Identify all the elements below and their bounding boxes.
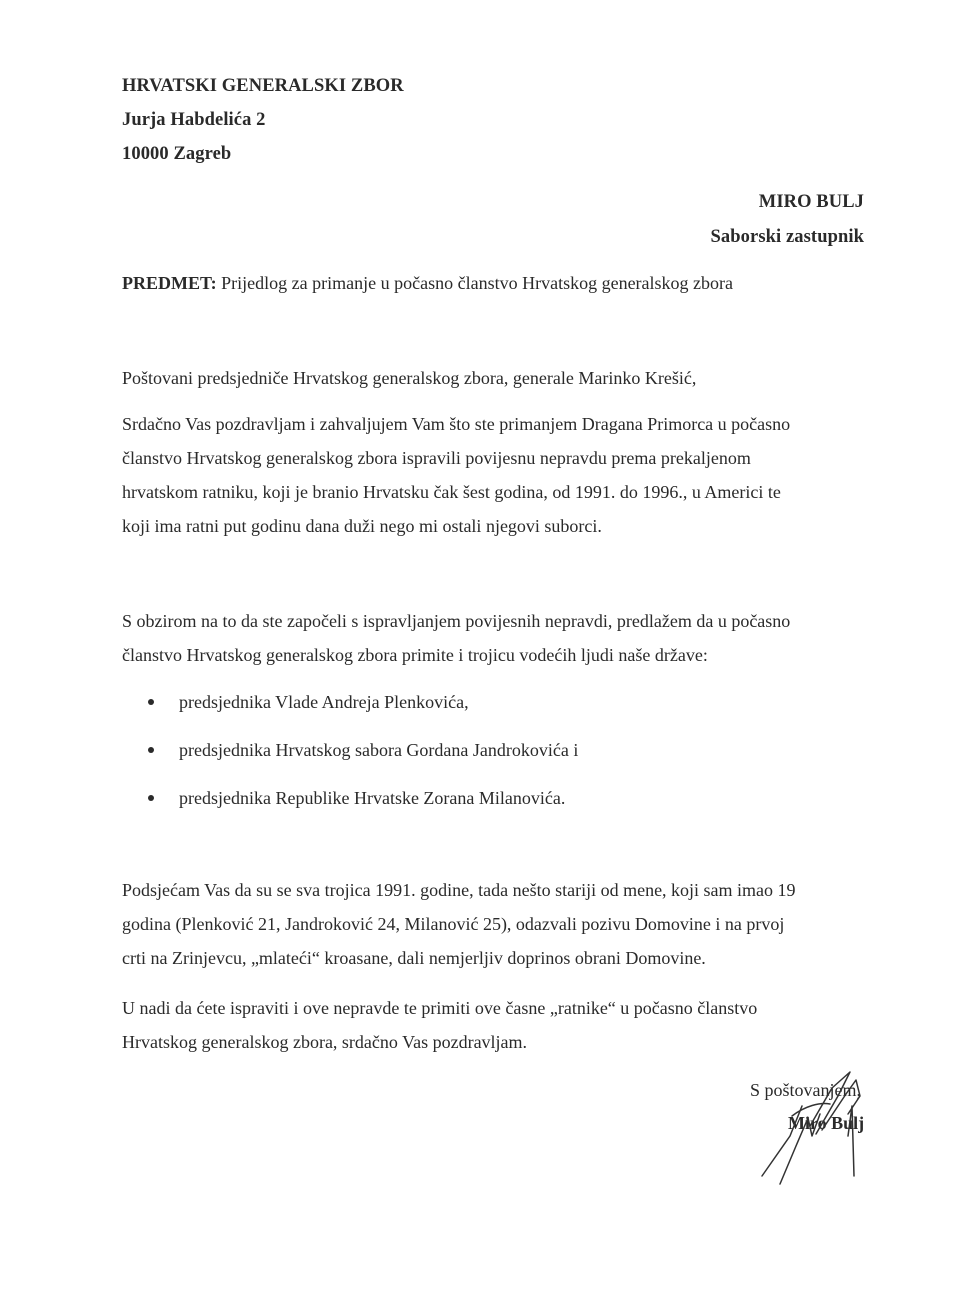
list-item-text: predsjednika Republike Hrvatske Zorana M… xyxy=(179,788,565,808)
author-name: MIRO BULJ xyxy=(759,192,864,213)
organization-name: HRVATSKI GENERALSKI ZBOR xyxy=(122,76,404,97)
handwritten-signature xyxy=(750,1066,890,1196)
subject-label: PREDMET: xyxy=(122,273,217,293)
list-item: predsjednika Republike Hrvatske Zorana M… xyxy=(148,788,565,809)
subject-line: PREDMET: Prijedlog za primanje u počasno… xyxy=(122,273,733,294)
paragraph-line: U nadi da ćete ispraviti i ove nepravde … xyxy=(122,991,862,1025)
author-role: Saborski zastupnik xyxy=(711,227,864,248)
paragraph-thanks: Srdačno Vas pozdravljam i zahvaljujem Va… xyxy=(122,407,862,543)
paragraph-line: crti na Zrinjevcu, „mlateći“ kroasane, d… xyxy=(122,941,862,975)
list-item-text: predsjednika Vlade Andreja Plenkovića, xyxy=(179,692,469,712)
paragraph-proposal: S obzirom na to da ste započeli s isprav… xyxy=(122,604,862,672)
organization-city: 10000 Zagreb xyxy=(122,144,231,165)
list-item-text: predsjednika Hrvatskog sabora Gordana Ja… xyxy=(179,740,578,760)
bullet-icon xyxy=(148,699,154,705)
subject-text: Prijedlog za primanje u počasno članstvo… xyxy=(221,273,733,293)
paragraph-line: hrvatskom ratniku, koji je branio Hrvats… xyxy=(122,475,862,509)
paragraph-line: članstvo Hrvatskog generalskog zbora isp… xyxy=(122,441,862,475)
list-item: predsjednika Hrvatskog sabora Gordana Ja… xyxy=(148,740,578,761)
paragraph-line: godina (Plenković 21, Jandroković 24, Mi… xyxy=(122,907,862,941)
bullet-icon xyxy=(148,795,154,801)
paragraph-line: Srdačno Vas pozdravljam i zahvaljujem Va… xyxy=(122,407,862,441)
paragraph-line: članstvo Hrvatskog generalskog zbora pri… xyxy=(122,638,862,672)
paragraph-line: koji ima ratni put godinu dana duži nego… xyxy=(122,509,862,543)
organization-street: Jurja Habdelića 2 xyxy=(122,110,266,131)
paragraph-line: S obzirom na to da ste započeli s isprav… xyxy=(122,604,862,638)
paragraph-line: Podsjećam Vas da su se sva trojica 1991.… xyxy=(122,873,862,907)
paragraph-line: Hrvatskog generalskog zbora, srdačno Vas… xyxy=(122,1025,862,1059)
bullet-icon xyxy=(148,747,154,753)
paragraph-closing: U nadi da ćete ispraviti i ove nepravde … xyxy=(122,991,862,1059)
salutation: Poštovani predsjedniče Hrvatskog general… xyxy=(122,368,696,389)
paragraph-reminder: Podsjećam Vas da su se sva trojica 1991.… xyxy=(122,873,862,975)
list-item: predsjednika Vlade Andreja Plenkovića, xyxy=(148,692,469,713)
